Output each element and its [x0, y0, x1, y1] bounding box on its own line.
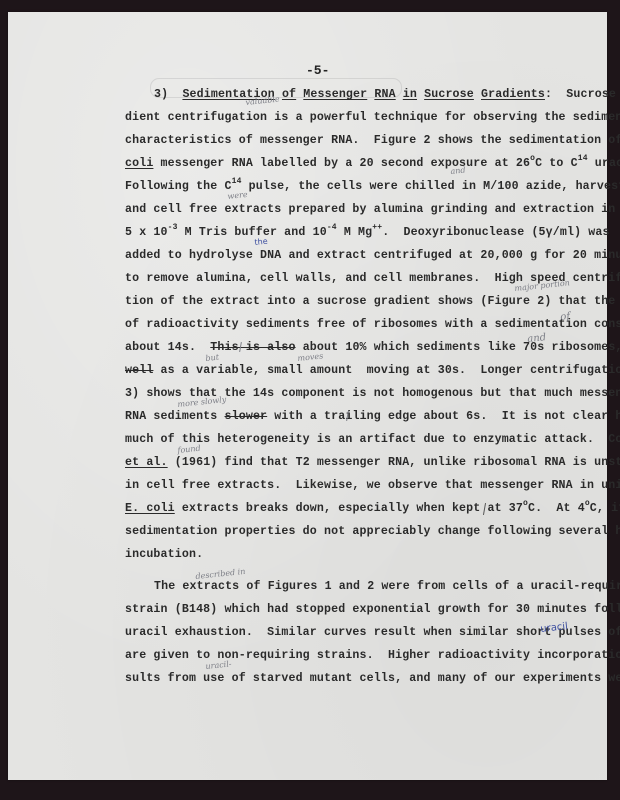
section-heading-line: 3) Sedimentation of Messenger RNA in Suc… [154, 88, 620, 102]
text-line: et al. (1961) find that T2 messenger RNA… [125, 456, 620, 470]
text-line: RNA sediments slower with a trailing edg… [125, 410, 620, 424]
handwritten-annotation: described in [195, 567, 246, 581]
text-line: and cell free extracts prepared by alumi… [125, 203, 615, 217]
section-title: Sedimentation of Messenger RNA in Sucros… [182, 88, 545, 101]
handwritten-annotation: found [177, 444, 201, 455]
text-line: E. coli extracts breaks down, especially… [125, 502, 620, 516]
text-line: coli messenger RNA labelled by a 20 seco… [125, 157, 620, 171]
text-line: added to hydrolyse DNA and extract centr… [125, 249, 620, 263]
handwritten-annotation: and [527, 332, 547, 345]
handwritten-annotation: the [254, 237, 268, 247]
text-line: 5 x 10-3 M Tris buffer and 10-4 M Mg++. … [125, 226, 610, 240]
section-number: 3) [154, 88, 168, 101]
handwritten-annotation: were [227, 190, 248, 201]
text-line: sedimentation properties do not apprecia… [125, 525, 620, 539]
text-line: strain (B148) which had stopped exponent… [125, 603, 620, 617]
handwritten-annotation: moves [297, 351, 324, 363]
text-line: sults from use of starved mutant cells, … [125, 672, 620, 686]
document-page: -5- 3) Sedimentation of Messenger RNA in… [8, 12, 607, 780]
handwritten-annotation: and [450, 165, 466, 176]
text-line: dient centrifugation is a powerful techn… [125, 111, 620, 125]
handwritten-annotation: uracil- [205, 659, 232, 671]
text-line: incubation. [125, 548, 203, 562]
text-line: Following the C14 pulse, the cells were … [125, 180, 620, 194]
page-number: -5- [306, 63, 329, 78]
text-line: of radioactivity sediments free of ribos… [125, 318, 620, 332]
handwritten-annotation: of [560, 311, 571, 323]
paragraph-start-line: The extracts of Figures 1 and 2 were fro… [154, 580, 620, 594]
text-line: in cell free extracts. Likewise, we obse… [125, 479, 620, 493]
text-line: are given to non-requiring strains. High… [125, 649, 620, 663]
handwritten-annotation: but [205, 353, 219, 363]
text-line: characteristics of messenger RNA. Figure… [125, 134, 620, 148]
text-line: tion of the extract into a sucrose gradi… [125, 295, 620, 309]
text-line: well as a variable, small amount moving … [125, 364, 620, 378]
